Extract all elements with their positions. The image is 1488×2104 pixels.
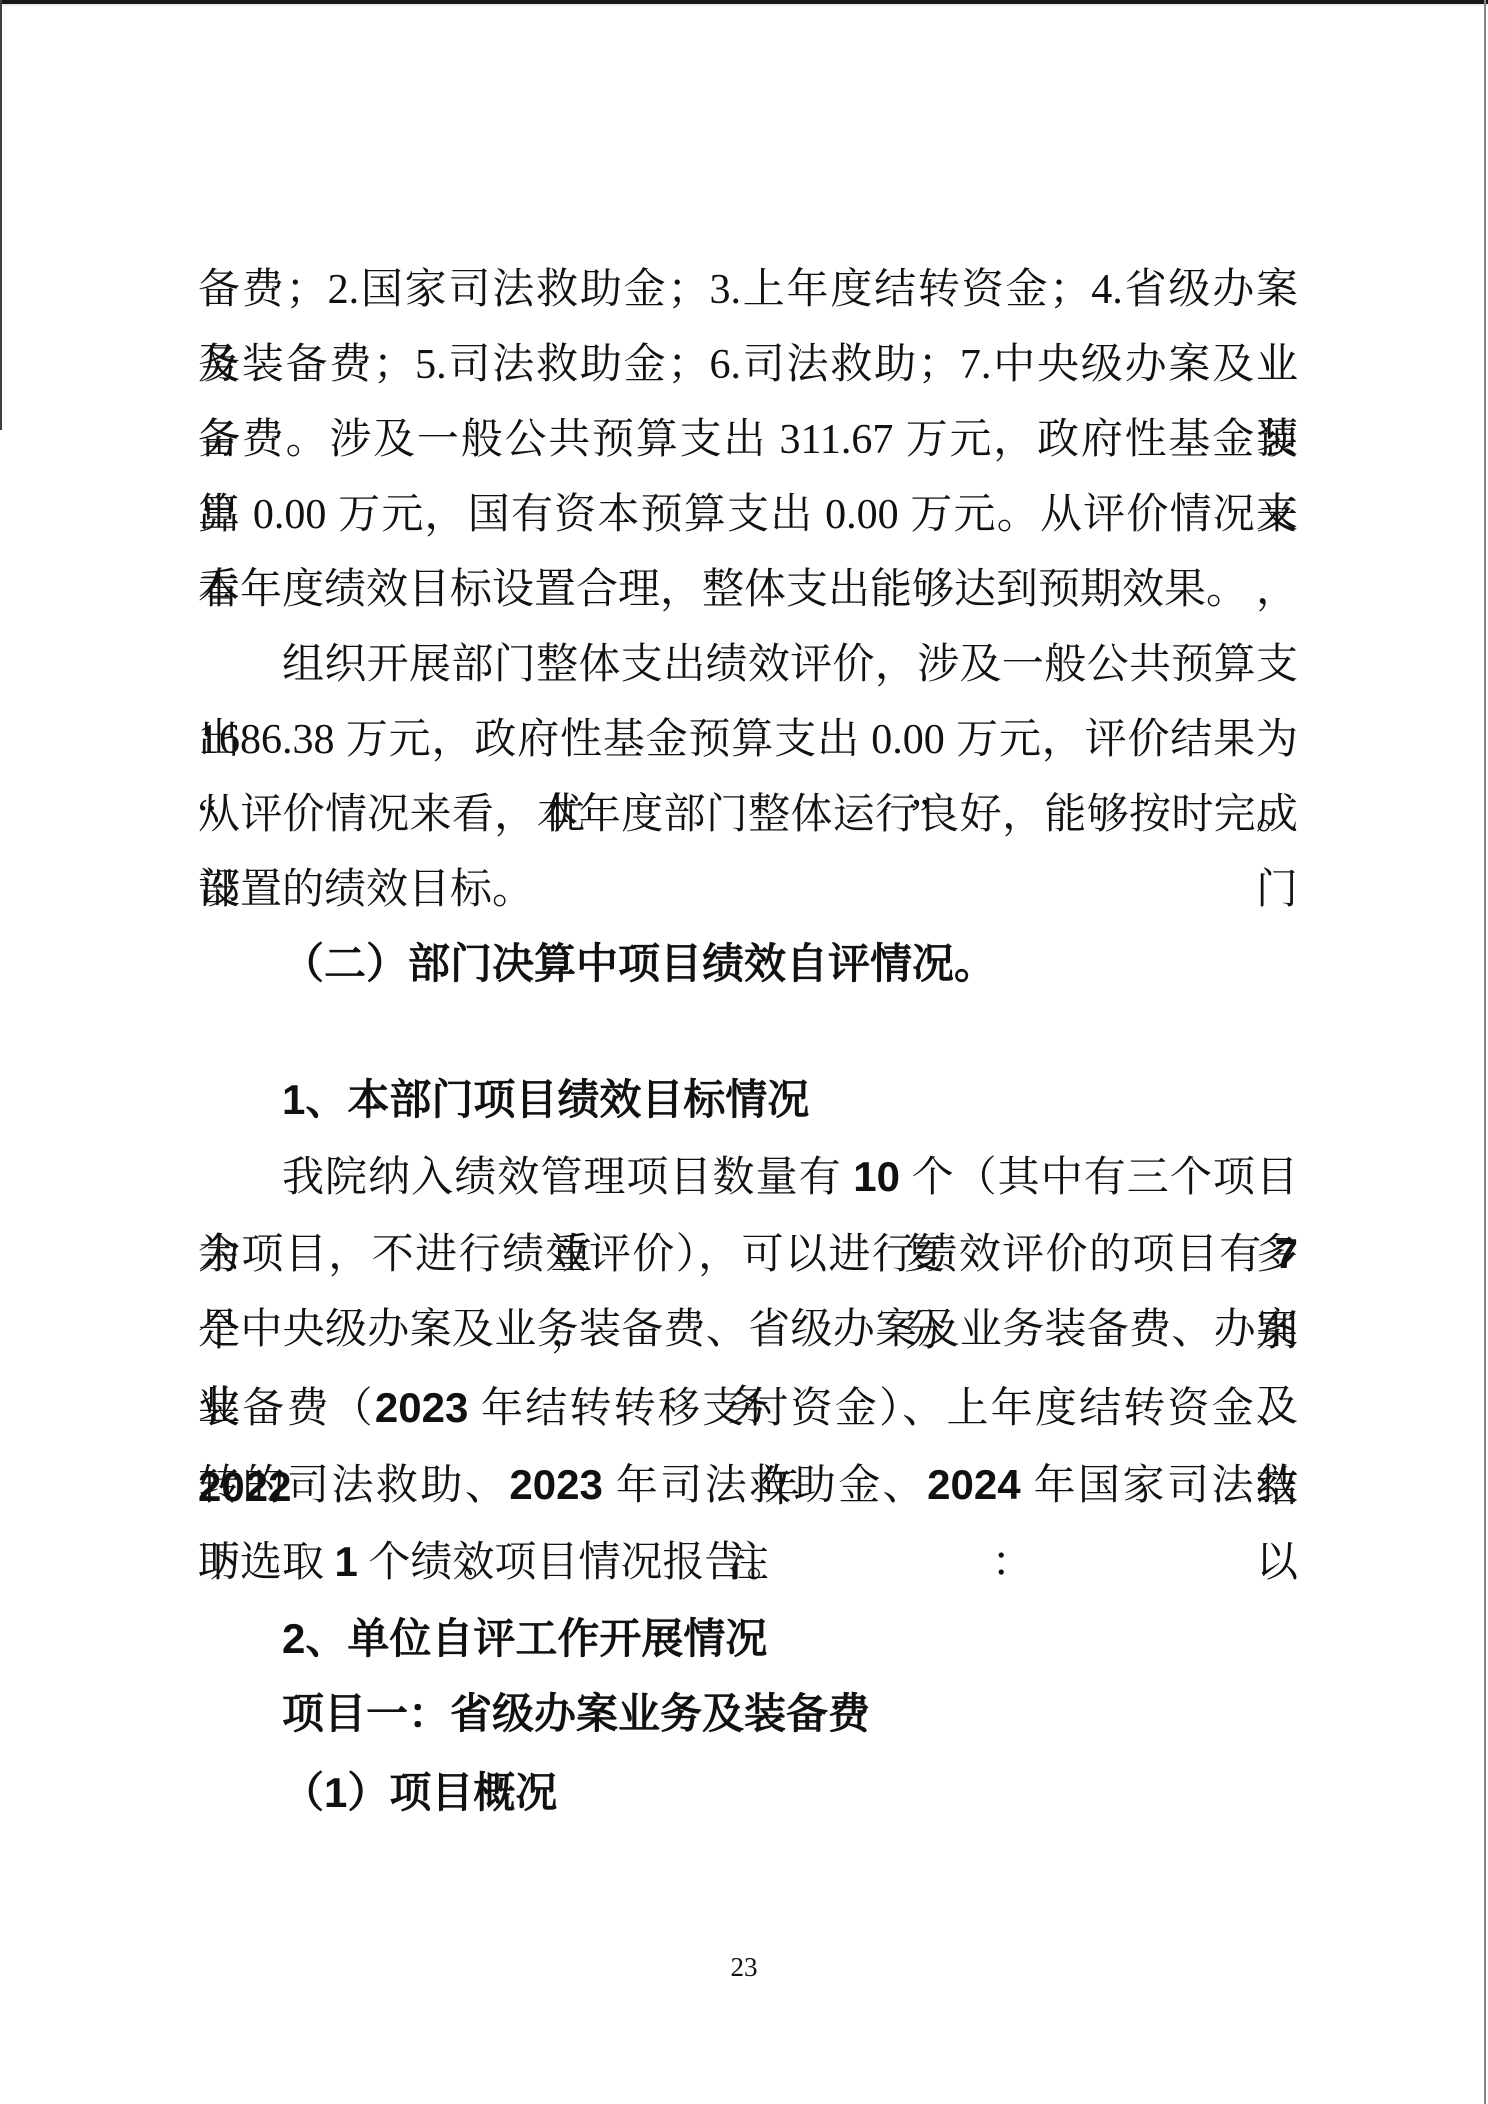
para-overview-line: 出 0.00 万元，国有资本预算支出 0.00 万元。从评价情况来看， [198, 478, 1298, 553]
document-page: 备费；2.国家司法救助金；3.上年度结转资金；4.省级办案及业 务装备费；5.司… [0, 0, 1488, 2104]
heading-project-overview: （1）项目概况 [198, 1754, 1298, 1831]
section-budget-overview: 备费；2.国家司法救助金；3.上年度结转资金；4.省级办案及业 务装备费；5.司… [198, 253, 1298, 1003]
para-projects-line: 装备费（2023 年结转转移支付资金）、上年度结转资金、2022 年结 [198, 1369, 1298, 1446]
para-dept-eval-line: 从评价情况来看，本年度部门整体运行良好，能够按时完成部门 [198, 778, 1298, 853]
heading-self-eval-work: 2、单位自评工作开展情况 [198, 1600, 1298, 1677]
para-overview-line: 备费；2.国家司法救助金；3.上年度结转资金；4.省级办案及业 [198, 253, 1298, 328]
para-projects-line: 是中央级办案及业务装备费、省级办案及业务装备费、办案业务及 [198, 1292, 1298, 1369]
heading-project-targets: 1、本部门项目绩效目标情况 [198, 1061, 1298, 1138]
scan-edge-top-shadow [0, 4, 1488, 6]
heading-section-2: （二）部门决算中项目绩效自评情况。 [198, 928, 1298, 1003]
scan-edge-left [0, 0, 2, 430]
para-overview-line: 本年度绩效目标设置合理，整体支出能够达到预期效果。 [198, 553, 1298, 628]
page-number: 23 [0, 1950, 1488, 1984]
scan-edge-right [1484, 0, 1486, 2104]
para-dept-eval-line: 组织开展部门整体支出绩效评价，涉及一般公共预算支出 [198, 628, 1298, 703]
para-projects-line: 我院纳入绩效管理项目数量有 10 个（其中有三个项目为重复多 [198, 1138, 1298, 1215]
para-dept-eval-line: 1686.38 万元，政府性基金预算支出 0.00 万元，评价结果为“优”。 [198, 703, 1298, 778]
para-overview-line: 备费。涉及一般公共预算支出 311.67 万元，政府性基金预算支 [198, 403, 1298, 478]
para-overview-line: 务装备费；5.司法救助金；6.司法救助；7.中央级办案及业务装 [198, 328, 1298, 403]
document-body: 备费；2.国家司法救助金；3.上年度结转资金；4.省级办案及业 务装备费；5.司… [198, 253, 1298, 1831]
section-project-self-eval: 1、本部门项目绩效目标情况 我院纳入绩效管理项目数量有 10 个（其中有三个项目… [198, 1061, 1298, 1831]
para-projects-line: 余项目，不进行绩效评价），可以进行绩效评价的项目有 7 个，分别 [198, 1215, 1298, 1292]
heading-project-one: 项目一：省级办案业务及装备费 [198, 1677, 1298, 1754]
para-projects-line: 转的司法救助、2023 年司法救助金、2024 年国家司法救助。注：以 [198, 1446, 1298, 1523]
